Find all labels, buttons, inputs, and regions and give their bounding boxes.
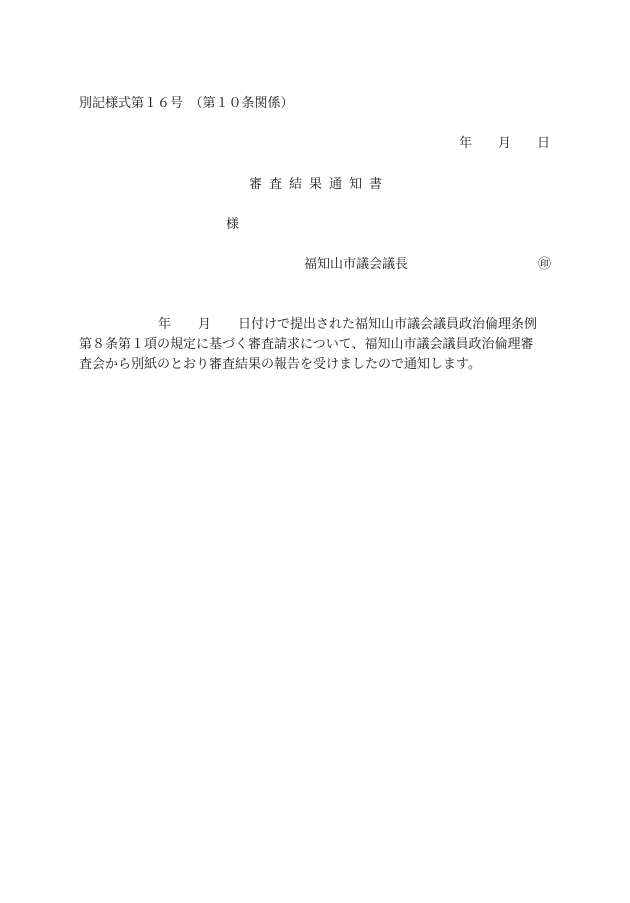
date-row: 年 月 日 [459, 134, 550, 154]
body-line-1: 年月日付けで提出された福知山市議会議員政治倫理条例 [79, 315, 551, 335]
date-year-label: 年 [459, 134, 472, 154]
body-text: 年月日付けで提出された福知山市議会議員政治倫理条例 第８条第１項の規定に基づく審… [79, 315, 551, 375]
document-title: 審査結果通知書 [249, 175, 389, 195]
body-line-3: 査会から別紙のとおり審査結果の報告を受けましたので通知します。 [79, 355, 551, 375]
date-day-blank [511, 134, 537, 154]
seal-mark-icon: ㊞ [538, 255, 551, 275]
date-day-label: 日 [537, 134, 550, 154]
body-year-label: 年 [158, 317, 171, 332]
body-line-1-rest: 日付けで提出された福知山市議会議員政治倫理条例 [238, 317, 537, 332]
form-number-label: 別記様式第１６号 （第１０条関係） [79, 94, 294, 114]
sender-name: 福知山市議会議長 [304, 255, 408, 275]
date-month-blank [472, 134, 498, 154]
date-month-label: 月 [498, 134, 511, 154]
body-line-2: 第８条第１項の規定に基づく審査請求について、福知山市議会議員政治倫理審 [79, 335, 551, 355]
addressee-suffix: 様 [226, 215, 239, 235]
body-month-label: 月 [198, 317, 211, 332]
